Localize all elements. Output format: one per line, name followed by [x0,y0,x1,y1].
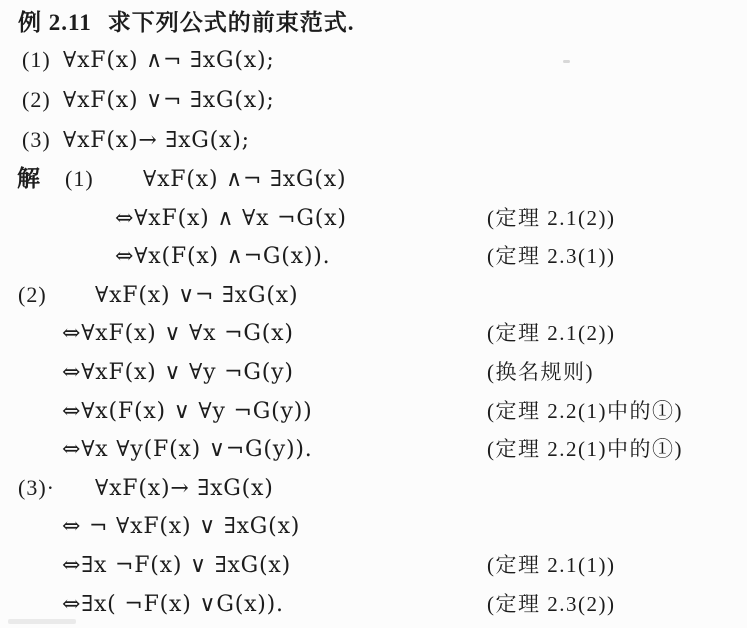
step-reason: (换名规则) [487,353,594,392]
problem-formula: ∀xF(x) ∨¬ ∃xG(x); [63,88,275,113]
solution-line: (2)∀xF(x) ∨¬ ∃xG(x) [0,276,747,315]
part-number: (1) [65,160,143,199]
solution-line: ⇔∃x ¬F(x) ∨ ∃xG(x) (定理 2.1(1)) [0,546,747,585]
step-formula: ⇔∀x ∀y(F(x) ∨¬G(y)). [62,437,313,462]
solution-line: 解(1)∀xF(x) ∧¬ ∃xG(x) [0,160,747,199]
scan-speck [563,60,570,63]
problem-formula: ∀xF(x) ∧¬ ∃xG(x); [63,48,275,73]
solution-line: ⇔∀xF(x) ∨ ∀x ¬G(x) (定理 2.1(2)) [0,314,747,353]
textbook-page: 例 2.11求下列公式的前束范式. (1)∀xF(x) ∧¬ ∃xG(x); (… [0,0,747,628]
step-formula: ⇔∃x ¬F(x) ∨ ∃xG(x) [62,553,291,578]
solution-line: ⇔∀x(F(x) ∨ ∀y ¬G(y)) (定理 2.2(1)中的①) [0,392,747,431]
step-reason: (定理 2.1(2)) [487,199,615,238]
step-reason: (定理 2.3(1)) [487,237,615,276]
problem-line: (2)∀xF(x) ∨¬ ∃xG(x); [0,80,747,120]
solution-line: ⇔∀x(F(x) ∧¬G(x)). (定理 2.3(1)) [0,237,747,276]
step-reason: (定理 2.1(1)) [487,546,615,585]
step-formula: ⇔∀xF(x) ∧ ∀x ¬G(x) [115,206,347,231]
problem-list: (1)∀xF(x) ∧¬ ∃xG(x); (2)∀xF(x) ∨¬ ∃xG(x)… [0,40,747,160]
solution-line: (3)·∀xF(x)→ ∃xG(x) [0,469,747,508]
problem-line: (1)∀xF(x) ∧¬ ∃xG(x); [0,40,747,80]
step-formula: ∀xF(x)→ ∃xG(x) [95,476,274,501]
solution-line: ⇔∀xF(x) ∧ ∀x ¬G(x) (定理 2.1(2)) [0,199,747,238]
part-number: (3)· [18,469,95,508]
step-formula: ∀xF(x) ∨¬ ∃xG(x) [95,283,298,308]
problem-line: (3)∀xF(x)→ ∃xG(x); [0,120,747,160]
step-formula: ⇔∃x( ¬F(x) ∨G(x)). [62,592,284,617]
page-title: 例 2.11求下列公式的前束范式. [0,6,747,40]
example-label: 例 2.11 [18,10,92,35]
step-reason: (定理 2.2(1)中的①) [487,392,683,431]
solution-line: ⇔∀xF(x) ∨ ∀y ¬G(y) (换名规则) [0,353,747,392]
title-text: 求下列公式的前束范式. [108,10,355,35]
scan-smudge [8,619,76,624]
step-formula: ∀xF(x) ∧¬ ∃xG(x) [143,167,346,192]
step-formula: ⇔ ¬ ∀xF(x) ∨ ∃xG(x) [62,514,300,539]
step-formula: ⇔∀xF(x) ∨ ∀x ¬G(x) [62,321,294,346]
solution-line: ⇔ ¬ ∀xF(x) ∨ ∃xG(x) [0,507,747,546]
solution-line: ⇔∃x( ¬F(x) ∨G(x)). (定理 2.3(2)) [0,585,747,624]
problem-number: (3) [22,120,63,160]
problem-formula: ∀xF(x)→ ∃xG(x); [63,128,250,153]
solution-line: ⇔∀x ∀y(F(x) ∨¬G(y)). (定理 2.2(1)中的①) [0,430,747,469]
step-formula: ⇔∀x(F(x) ∧¬G(x)). [115,244,330,269]
solution-section: 解(1)∀xF(x) ∧¬ ∃xG(x) ⇔∀xF(x) ∧ ∀x ¬G(x) … [0,160,747,623]
step-reason: (定理 2.1(2)) [487,314,615,353]
step-formula: ⇔∀xF(x) ∨ ∀y ¬G(y) [62,360,294,385]
problem-number: (1) [22,40,63,80]
solve-label: 解 [17,160,65,199]
step-formula: ⇔∀x(F(x) ∨ ∀y ¬G(y)) [62,399,313,424]
step-reason: (定理 2.3(2)) [487,585,615,624]
part-number: (2) [18,276,95,315]
problem-number: (2) [22,80,63,120]
step-reason: (定理 2.2(1)中的①) [487,430,683,469]
